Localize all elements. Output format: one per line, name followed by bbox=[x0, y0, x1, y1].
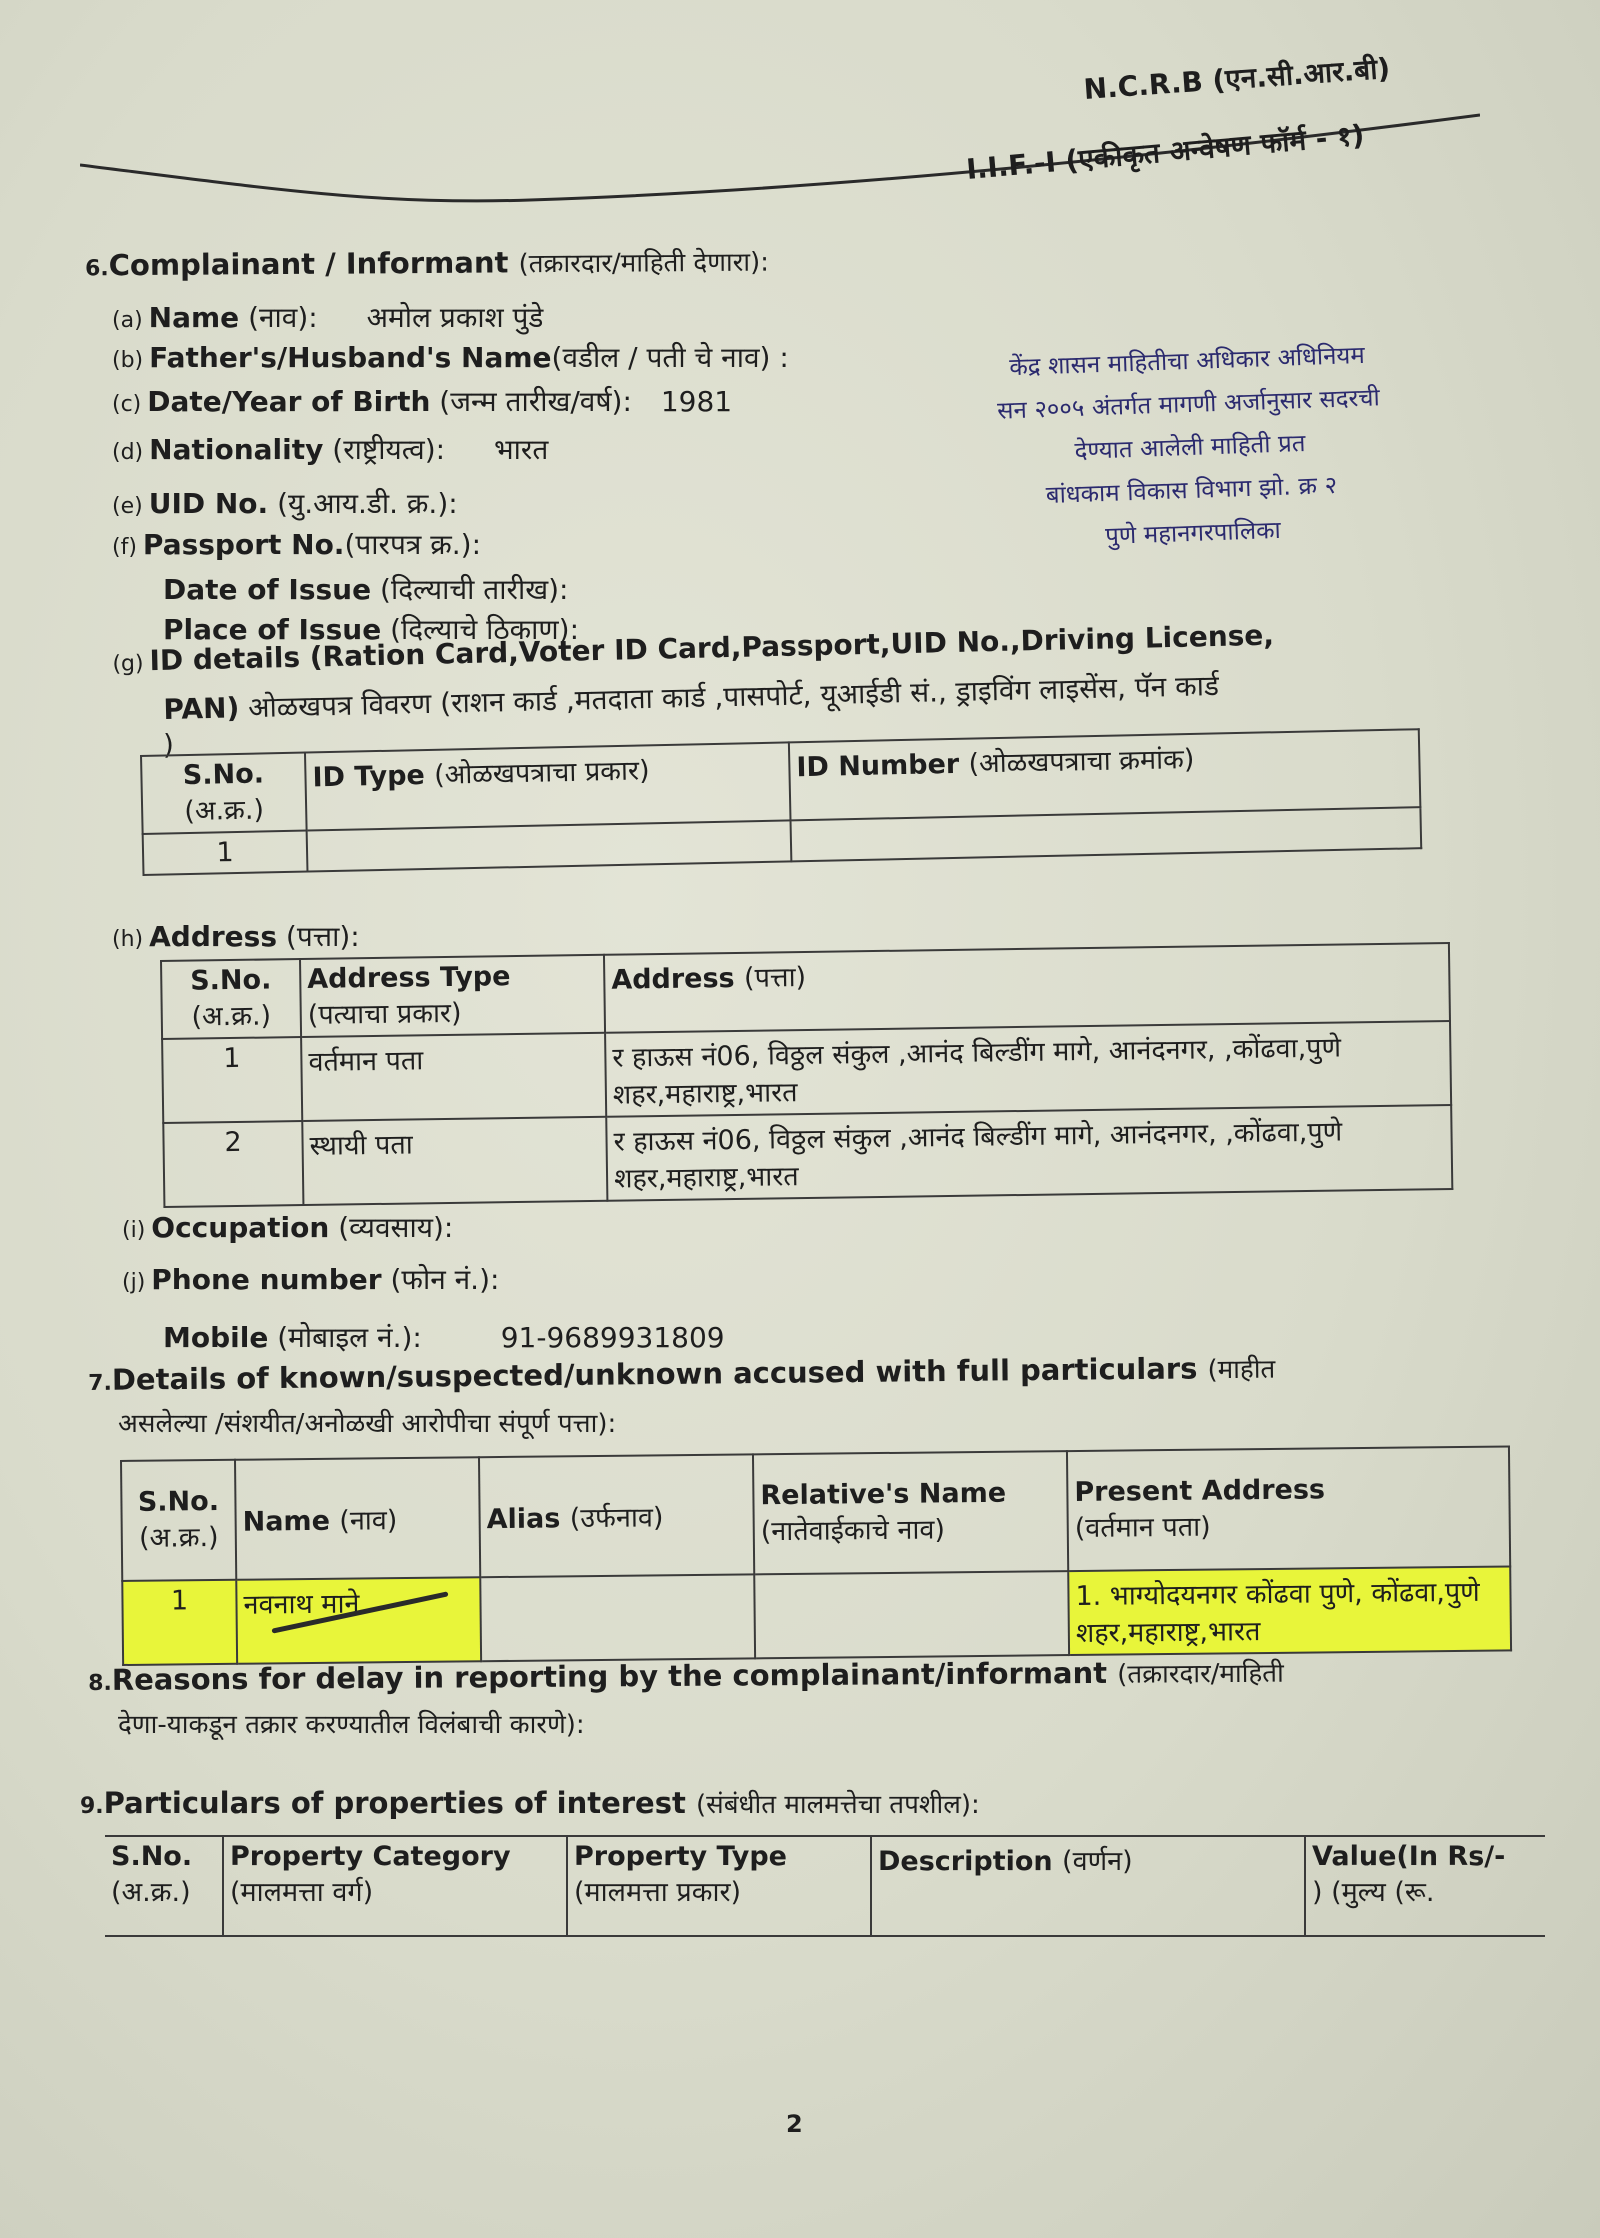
address-table: S.No.(अ.क्र.) Address Type(पत्याचा प्रका… bbox=[160, 942, 1453, 1208]
header-ncrb: N.C.R.B (एन.सी.आर.बी) bbox=[1082, 49, 1391, 108]
mobile-row: Mobile (मोबाइल नं.): 91-9689931809 bbox=[163, 1318, 725, 1356]
table-header-row: S.No.(अ.क्र.) Property Category(मालमत्ता… bbox=[105, 1836, 1545, 1936]
id-details-heading-dev: PAN) ओळखपत्र विवरण (राशन कार्ड ,मतदाता क… bbox=[163, 666, 1219, 728]
birth-year-row: (c)Date/Year of Birth (जन्म तारीख/वर्ष):… bbox=[112, 382, 732, 420]
mobile-value: 91-9689931809 bbox=[501, 1321, 725, 1354]
rti-stamp: केंद्र शासन माहितीचा अधिकार अधिनियम सन २… bbox=[936, 331, 1443, 563]
complainant-name-value: अमोल प्रकाश पुंडे bbox=[367, 301, 544, 334]
accused-name: नवनाथ माने bbox=[236, 1577, 481, 1664]
section-8-heading-dev: देणा-याकडून तक्रार करण्यातील विलंबाची का… bbox=[118, 1705, 585, 1741]
section-9-heading: 9.Particulars of properties of interest … bbox=[80, 1785, 980, 1821]
accused-address: 1. भाग्योदयनगर कोंढवा पुणे, कोंढवा,पुणे … bbox=[1068, 1566, 1511, 1655]
address-heading: (h)Address (पत्ता): bbox=[112, 917, 360, 955]
id-details-table: S.No.(अ.क्र.) ID Type (ओळखपत्राचा प्रकार… bbox=[140, 728, 1422, 876]
table-row: 2 स्थायी पता र हाऊस नं06, विठ्ठल संकुल ,… bbox=[163, 1105, 1452, 1207]
occupation-row: (i)Occupation (व्यवसाय): bbox=[122, 1208, 453, 1246]
accused-table: S.No.(अ.क्र.) Name (नाव) Alias (उर्फनाव)… bbox=[120, 1445, 1512, 1666]
properties-table: S.No.(अ.क्र.) Property Category(मालमत्ता… bbox=[105, 1835, 1545, 1937]
section-7-heading-dev: असलेल्या /संशयीत/अनोळखी आरोपीचा संपूर्ण … bbox=[118, 1404, 616, 1440]
passport-row: (f)Passport No.(पारपत्र क्र.): bbox=[112, 525, 481, 563]
complainant-name-row: (a)Name (नाव): अमोल प्रकाश पुंडे bbox=[112, 298, 543, 336]
phone-row: (j)Phone number (फोन नं.): bbox=[122, 1260, 499, 1298]
passport-date-row: Date of Issue (दिल्याची तारीख): bbox=[163, 570, 568, 608]
page-number: 2 bbox=[786, 2110, 803, 2138]
section-6-heading: 6.Complainant / Informant (तक्रारदार/माह… bbox=[85, 243, 769, 284]
nationality-value: भारत bbox=[494, 433, 548, 466]
father-husband-name-row: (b)Father's/Husband's Name(वडील / पती चे… bbox=[112, 338, 789, 376]
section-7-heading: 7.Details of known/suspected/unknown acc… bbox=[88, 1350, 1275, 1398]
table-header-row: S.No.(अ.क्र.) Name (नाव) Alias (उर्फनाव)… bbox=[121, 1446, 1510, 1581]
section-8-heading: 8.Reasons for delay in reporting by the … bbox=[88, 1654, 1284, 1698]
nationality-row: (d)Nationality (राष्ट्रीयत्व): भारत bbox=[112, 430, 548, 468]
birth-year-value: 1981 bbox=[661, 385, 732, 418]
uid-row: (e)UID No. (यु.आय.डी. क्र.): bbox=[112, 484, 458, 522]
